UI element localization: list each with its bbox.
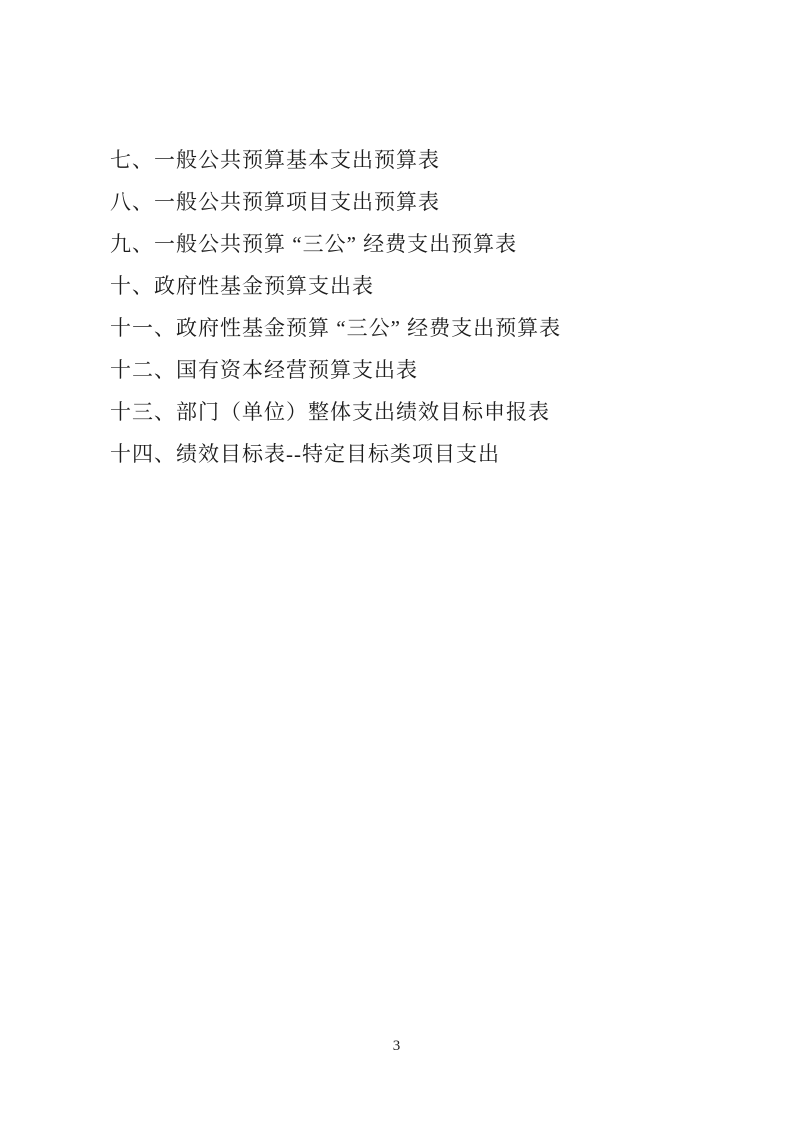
toc-item-11: 十一、政府性基金预算 “三公” 经费支出预算表: [110, 307, 561, 349]
toc-item-13: 十三、部门（单位）整体支出绩效目标申报表: [110, 391, 561, 433]
toc-item-9: 九、一般公共预算 “三公” 经费支出预算表: [110, 223, 561, 265]
toc-item-12: 十二、国有资本经营预算支出表: [110, 349, 561, 391]
page-footer: 3: [0, 1036, 793, 1056]
toc-item-10: 十、政府性基金预算支出表: [110, 265, 561, 307]
toc-item-7: 七、一般公共预算基本支出预算表: [110, 139, 561, 181]
page-number: 3: [393, 1038, 401, 1054]
toc-item-8: 八、一般公共预算项目支出预算表: [110, 181, 561, 223]
toc-item-14: 十四、绩效目标表--特定目标类项目支出: [110, 433, 561, 475]
document-page: 七、一般公共预算基本支出预算表 八、一般公共预算项目支出预算表 九、一般公共预算…: [0, 0, 793, 1122]
table-of-contents: 七、一般公共预算基本支出预算表 八、一般公共预算项目支出预算表 九、一般公共预算…: [110, 139, 561, 475]
